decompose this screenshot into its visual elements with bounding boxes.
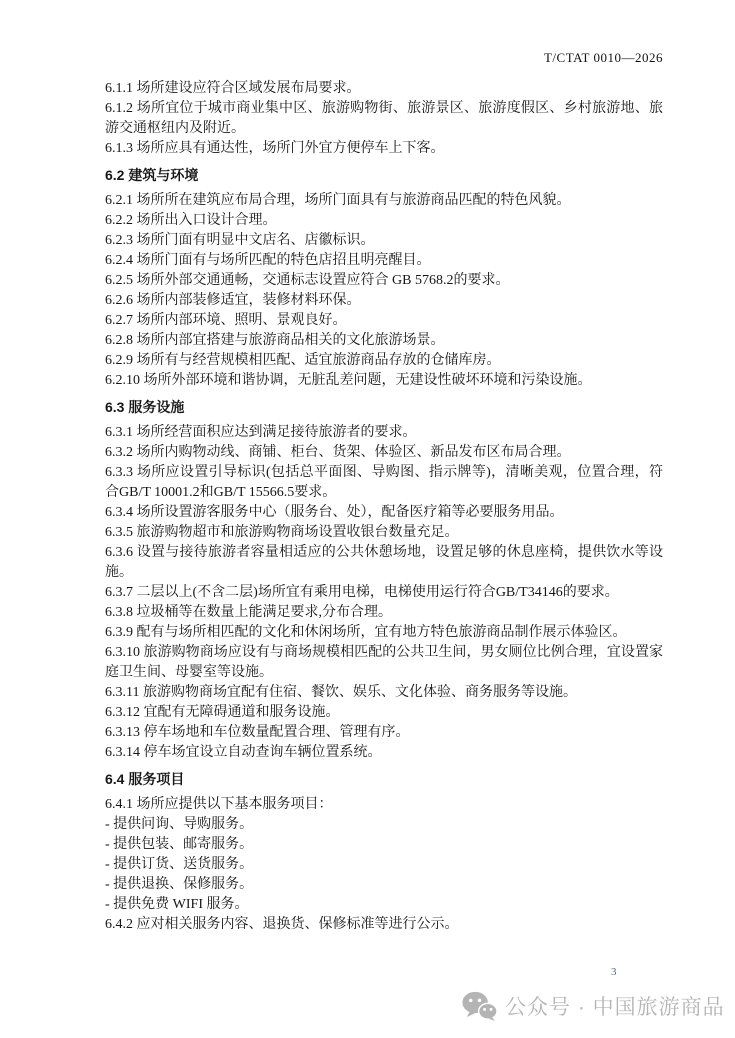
doc-number: T/CTAT 0010—2026	[544, 50, 663, 66]
list-item: - 提供订货、送货服务。	[105, 855, 663, 875]
clause: 6.3.10 旅游购物商场应设有与商场规模相匹配的公共卫生间，男女厕位比例合理，…	[105, 643, 663, 683]
watermark: 公众号 · 中国旅游商品	[462, 991, 725, 1021]
clause: 6.3.1 场所经营面积应达到满足接待旅游者的要求。	[105, 423, 663, 443]
clause: 6.3.11 旅游购物商场宜配有住宿、餐饮、娱乐、文化体验、商务服务等设施。	[105, 683, 663, 703]
clause: 6.3.8 垃圾桶等在数量上能满足要求,分布合理。	[105, 603, 663, 623]
clause: 6.3.7 二层以上(不含二层)场所宜有乘用电梯，电梯使用运行符合GB/T341…	[105, 583, 663, 603]
clause: 6.3.4 场所设置游客服务中心（服务台、处），配备医疗箱等必要服务用品。	[105, 503, 663, 523]
clause: 6.4.2 应对相关服务内容、退换货、保修标准等进行公示。	[105, 915, 663, 935]
clause: 6.2.5 场所外部交通通畅，交通标志设置应符合 GB 5768.2的要求。	[105, 271, 663, 291]
clause: 6.3.5 旅游购物超市和旅游购物商场设置收银台数量充足。	[105, 523, 663, 543]
document-page: T/CTAT 0010—2026 6.1.1 场所建设应符合区域发展布局要求。6…	[0, 0, 735, 1038]
clause: 6.2.8 场所内部宜搭建与旅游商品相关的文化旅游场景。	[105, 331, 663, 351]
clause: 6.3.12 宜配有无障碍通道和服务设施。	[105, 703, 663, 723]
clause: 6.2.7 场所内部环境、照明、景观良好。	[105, 311, 663, 331]
section-heading: 6.2 建筑与环境	[105, 165, 663, 185]
clause: 6.2.4 场所门面有与场所匹配的特色店招且明亮醒目。	[105, 251, 663, 271]
clause: 6.2.1 场所所在建筑应布局合理，场所门面具有与旅游商品匹配的特色风貌。	[105, 191, 663, 211]
clause: 6.3.13 停车场地和车位数量配置合理、管理有序。	[105, 723, 663, 743]
clause: 6.4.1 场所应提供以下基本服务项目：	[105, 795, 663, 815]
clause: 6.2.10 场所外部环境和谐协调，无脏乱差问题，无建设性破坏环境和污染设施。	[105, 371, 663, 391]
clause: 6.2.2 场所出入口设计合理。	[105, 211, 663, 231]
watermark-text: 公众号 · 中国旅游商品	[505, 991, 725, 1021]
section-heading: 6.4 服务项目	[105, 769, 663, 789]
list-item: - 提供包装、邮寄服务。	[105, 835, 663, 855]
list-item: - 提供问询、导购服务。	[105, 815, 663, 835]
document-body: 6.1.1 场所建设应符合区域发展布局要求。6.1.2 场所宜位于城市商业集中区…	[105, 79, 663, 935]
clause: 6.3.2 场所内购物动线、商铺、柜台、货架、体验区、新品发布区布局合理。	[105, 443, 663, 463]
page-number: 3	[611, 966, 617, 978]
clause: 6.2.3 场所门面有明显中文店名、店徽标识。	[105, 231, 663, 251]
clause: 6.3.14 停车场宜设立自动查询车辆位置系统。	[105, 743, 663, 763]
clause: 6.3.3 场所应设置引导标识(包括总平面图、导购图、指示牌等)，清晰美观，位置…	[105, 463, 663, 503]
clause: 6.2.6 场所内部装修适宜，装修材料环保。	[105, 291, 663, 311]
clause: 6.1.2 场所宜位于城市商业集中区、旅游购物街、旅游景区、旅游度假区、乡村旅游…	[105, 99, 663, 139]
clause: 6.1.1 场所建设应符合区域发展布局要求。	[105, 79, 663, 99]
section-heading: 6.3 服务设施	[105, 397, 663, 417]
list-item: - 提供免费 WIFI 服务。	[105, 895, 663, 915]
clause: 6.2.9 场所有与经营规模相匹配、适宜旅游商品存放的仓储库房。	[105, 351, 663, 371]
clause: 6.3.9 配有与场所相匹配的文化和休闲场所，宜有地方特色旅游商品制作展示体验区…	[105, 623, 663, 643]
clause: 6.1.3 场所应具有通达性，场所门外宜方便停车上下客。	[105, 139, 663, 159]
list-item: - 提供退换、保修服务。	[105, 875, 663, 895]
wechat-icon	[462, 991, 497, 1021]
clause: 6.3.6 设置与接待旅游者容量相适应的公共休憩场地，设置足够的休息座椅，提供饮…	[105, 543, 663, 583]
